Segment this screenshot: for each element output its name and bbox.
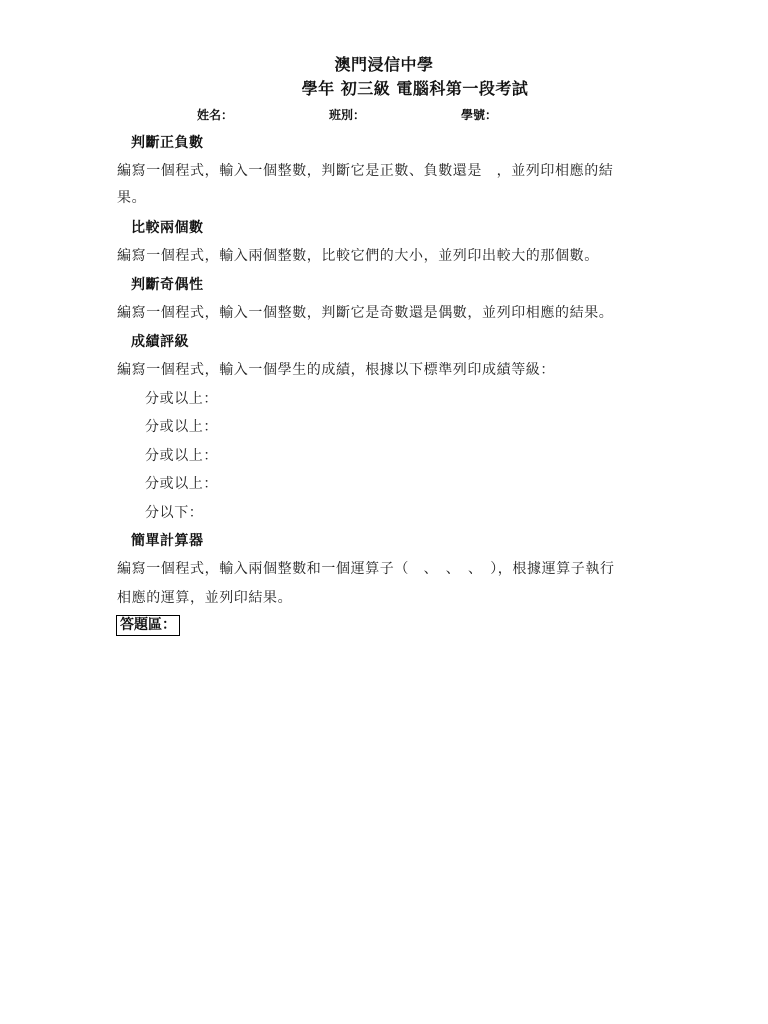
question-heading-5: 簡單計算器	[131, 530, 204, 550]
student-info-row: 姓名： 班別： 學號：	[0, 106, 768, 124]
question-text-1-line-2: 果。	[117, 187, 657, 207]
grade-item-3: 分或以上：	[145, 445, 218, 465]
school-name: 澳門浸信中學	[0, 52, 768, 75]
exam-title: 學年 初三級 電腦科第一段考試	[0, 76, 768, 99]
question-text-5-line-2: 相應的運算，並列印結果。	[117, 587, 657, 607]
answer-area-label: 答題區：	[116, 615, 180, 636]
question-heading-1: 判斷正負數	[131, 132, 204, 152]
exam-paper: 澳門浸信中學 學年 初三級 電腦科第一段考試 姓名： 班別： 學號： 判斷正負數…	[0, 0, 768, 1024]
question-heading-2: 比較兩個數	[131, 217, 204, 237]
student-number-label: 學號：	[461, 106, 497, 123]
grade-item-4: 分或以上：	[145, 473, 218, 493]
question-heading-3: 判斷奇偶性	[131, 274, 204, 294]
grade-item-2: 分或以上：	[145, 416, 218, 436]
question-text-4-line-1: 編寫一個程式，輸入一個學生的成績，根據以下標準列印成績等級：	[117, 359, 657, 379]
grade-item-5: 分以下：	[145, 502, 203, 522]
grade-item-1: 分或以上：	[145, 388, 218, 408]
class-label: 班別：	[329, 106, 365, 123]
question-heading-4: 成績評級	[131, 331, 189, 351]
question-text-1-line-1: 編寫一個程式，輸入一個整數，判斷它是正數、負數還是 ，並列印相應的結	[117, 160, 657, 180]
question-text-2-line-1: 編寫一個程式，輸入兩個整數，比較它們的大小，並列印出較大的那個數。	[117, 245, 657, 265]
name-label: 姓名：	[197, 106, 233, 123]
question-text-3-line-1: 編寫一個程式，輸入一個整數，判斷它是奇數還是偶數，並列印相應的結果。	[117, 302, 657, 322]
question-text-5-line-1: 編寫一個程式，輸入兩個整數和一個運算子（ 、 、 、 ），根據運算子執行	[117, 558, 657, 578]
